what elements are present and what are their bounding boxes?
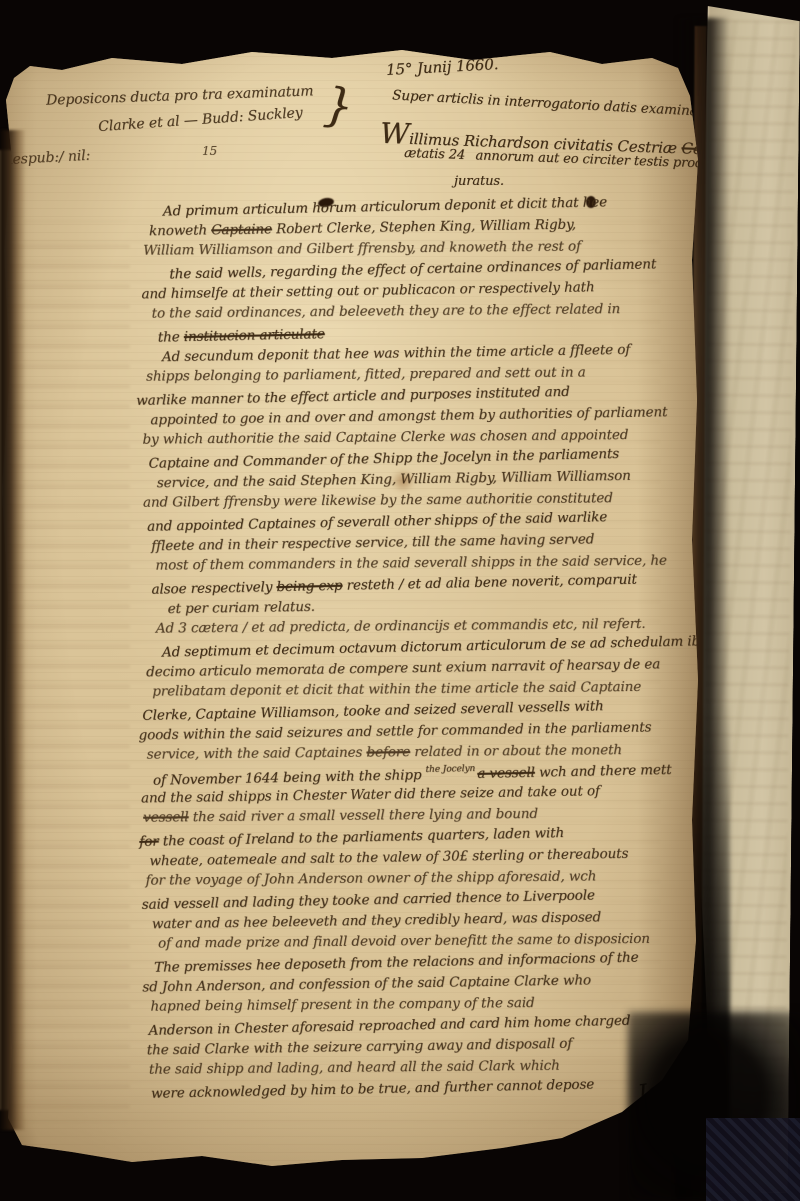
deposition-body: Ad primum articulum horum articulorum de… <box>133 196 705 1103</box>
backdrop-cloth <box>706 1118 800 1201</box>
binding-edge <box>0 130 26 1130</box>
left-margin-showthrough <box>10 245 130 1125</box>
witness-sworn-line: juratus. <box>454 174 504 189</box>
margin-brace: } <box>321 77 356 134</box>
manuscript-photograph: 15° Junij 1660. Deposicons ducta pro tra… <box>0 0 800 1201</box>
manuscript-page: 15° Junij 1660. Deposicons ducta pro tra… <box>2 40 700 1172</box>
margin-mark: 15 <box>202 144 217 158</box>
